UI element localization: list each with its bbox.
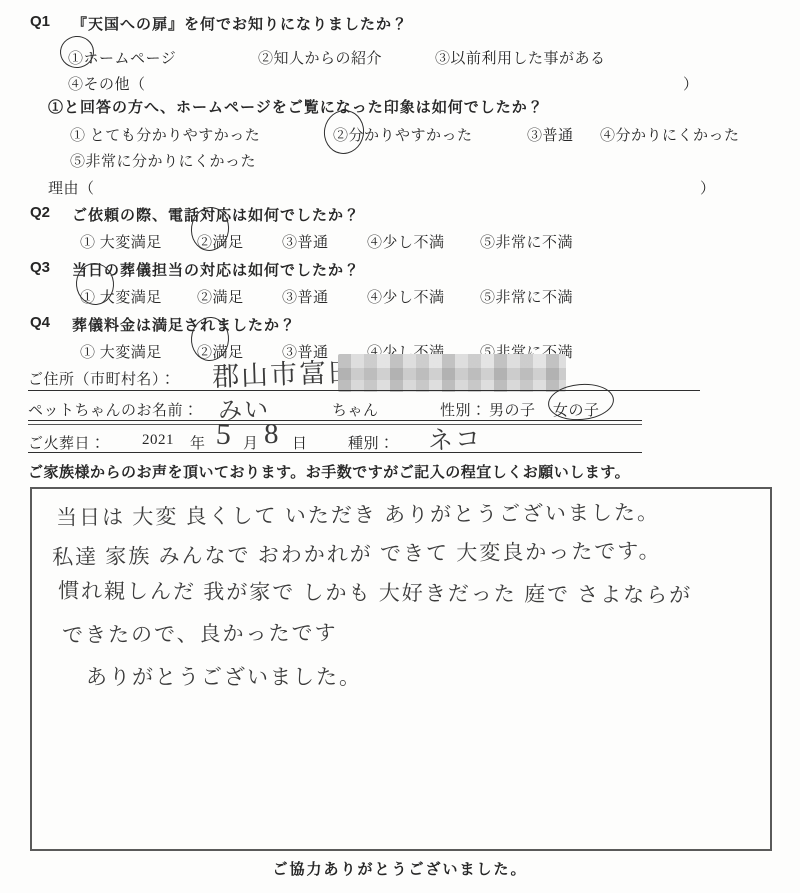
q3-number: Q3 (30, 259, 50, 276)
q3-option-3: ③普通 (282, 286, 329, 307)
comment-line-3: 慣れ親しんだ 我が家で しかも 大好きだった 庭で さよならが (58, 575, 692, 609)
q3-option-4: ④少し不満 (367, 286, 445, 307)
q3-option-5: ⑤非常に不満 (480, 286, 573, 307)
comment-notice: ご家族様からのお声を頂いております。お手数ですがご記入の程宜しくお願いします。 (28, 461, 630, 482)
comment-line-4: できたので、良かったです (62, 617, 338, 649)
address-redaction-mosaic (338, 354, 566, 392)
q2-number: Q2 (30, 204, 50, 221)
cremation-date-label: ご火葬日： (28, 432, 106, 453)
gender-label: 性別： (440, 399, 487, 420)
cremation-year-unit: 年 (190, 432, 206, 453)
q1-followup-option-1: ① とても分かりやすかった (70, 124, 260, 145)
comment-line-1: 当日は 大変 良くして いただき ありがとうございました。 (56, 496, 660, 531)
cremation-year: 2021 (142, 432, 174, 449)
q2-option-5: ⑤非常に不満 (480, 231, 573, 252)
q4-title: 葬儀料金は満足されましたか？ (72, 314, 296, 335)
comment-line-2: 私達 家族 みんなで おわかれが できて 大変良かったです。 (52, 535, 662, 571)
scanned-survey-form: Q1 『天国への扉』を何でお知りになりましたか？ ①ホームページ ②知人からの紹… (0, 0, 800, 893)
cremation-day-unit: 日 (292, 432, 308, 453)
pet-row-underline-2 (28, 424, 642, 425)
q3-title: 当日の葬儀担当の対応は如何でしたか？ (72, 259, 360, 280)
q2-option-3: ③普通 (282, 231, 329, 252)
q1-option-2: ②知人からの紹介 (258, 47, 382, 68)
comment-line-5: ありがとうございました。 (86, 661, 362, 691)
q1-followup-option-5: ⑤非常に分かりにくかった (70, 150, 256, 171)
q1-followup-option-3: ③普通 (527, 124, 574, 145)
pet-row-underline (28, 420, 642, 421)
q1-followup-title: ①と回答の方へ、ホームページをご覧になった印象は如何でしたか？ (48, 96, 544, 117)
address-label: ご住所（市町村名）： (28, 368, 176, 389)
q2-option-1: ① 大変満足 (80, 231, 162, 252)
q1-other-label: ④その他（ (68, 73, 146, 94)
reason-close-paren: ） (700, 177, 716, 198)
q4-number: Q4 (30, 314, 50, 331)
q2-option-4: ④少し不満 (367, 231, 445, 252)
cremation-month-unit: 月 (243, 432, 259, 453)
q1-other-close-paren: ） (683, 73, 699, 94)
cremation-row-underline (28, 452, 642, 453)
q1-option-3: ③以前利用した事がある (435, 47, 606, 68)
gender-option-male: 男の子 (489, 399, 536, 420)
cremation-month-handwritten: 5 (215, 418, 234, 453)
q1-followup-option-4: ④分かりにくかった (600, 124, 740, 145)
pet-name-suffix: ちゃん (332, 399, 379, 420)
q4-option-1: ① 大変満足 (80, 341, 162, 362)
q1-title: 『天国への扉』を何でお知りになりましたか？ (72, 13, 408, 34)
cremation-day-handwritten: 8 (264, 418, 281, 451)
footer-thanks-text: ご協力ありがとうございました。 (0, 858, 800, 879)
q1-number: Q1 (30, 13, 50, 30)
q3-option-2: ②満足 (197, 286, 244, 307)
pet-name-label: ペットちゃんのお名前： (28, 399, 199, 420)
reason-label: 理由（ (48, 177, 95, 198)
species-label: 種別： (348, 432, 395, 453)
